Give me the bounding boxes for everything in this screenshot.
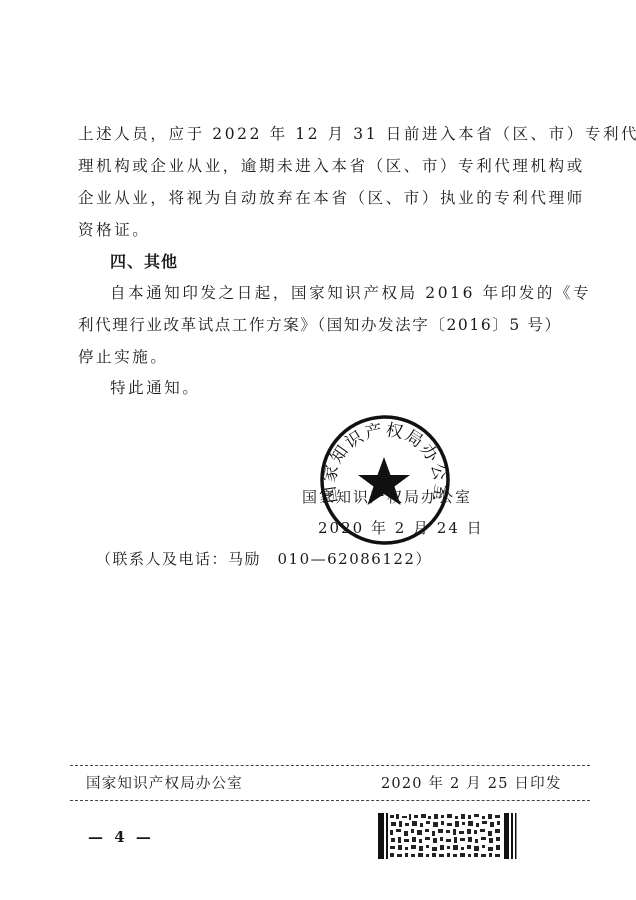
text-line: 停止实施。 bbox=[78, 345, 169, 367]
page-number: — 4 — bbox=[88, 828, 154, 846]
official-seal: 国家知识产权局办公室 bbox=[318, 413, 452, 547]
closing-text: 特此通知。 bbox=[110, 376, 201, 398]
text-line: 资格证。 bbox=[78, 218, 150, 240]
section-heading: 四、其他 bbox=[110, 249, 178, 272]
footer-rule-top bbox=[70, 765, 590, 766]
text-line: 自本通知印发之日起，国家知识产权局 2016 年印发的《专 bbox=[110, 281, 591, 303]
footer-print-date: 2020 年 2 月 25 日印发 bbox=[381, 772, 562, 793]
barcode-icon bbox=[378, 813, 520, 859]
text-line: 利代理行业改革试点工作方案》（国知办发法字〔2016〕5 号） bbox=[78, 313, 562, 335]
text-line: 理机构或企业从业，逾期未进入本省（区、市）专利代理机构或 bbox=[78, 154, 585, 176]
star-icon bbox=[358, 457, 410, 505]
contact-info: （联系人及电话：马励 010—62086122） bbox=[96, 548, 432, 569]
footer-issuer: 国家知识产权局办公室 bbox=[86, 772, 243, 793]
text-line: 企业从业，将视为自动放弃在本省（区、市）执业的专利代理师 bbox=[78, 186, 585, 208]
footer-rule-bottom bbox=[70, 800, 590, 801]
text-line: 上述人员，应于 2022 年 12 月 31 日前进入本省（区、市）专利代 bbox=[78, 122, 636, 144]
